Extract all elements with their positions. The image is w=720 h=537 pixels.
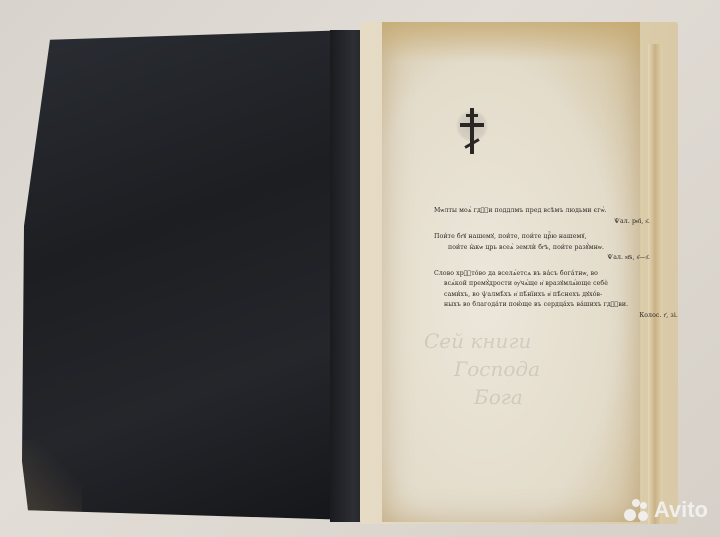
title-verso-page: Мѡлты моѧ̀ гдⷭ҇и поддлмъ пред всѣмъ людь…: [382, 22, 640, 522]
verse-line: Мѡлты моѧ̀ гдⷭ҇и поддлмъ пред всѣмъ людь…: [434, 206, 684, 217]
verse-line: Слово хрⷭ҇то́во да вселѧ́етсѧ въ ва́съ б…: [434, 269, 684, 280]
verse-line: сами́хъ, во ѱалмѣ́хъ и҆ пѣ́нїихъ и҆ пѣ́с…: [434, 290, 684, 301]
scripture-text: Мѡлты моѧ̀ гдⷭ҇и поддлмъ пред всѣмъ людь…: [434, 206, 684, 321]
black-book-cover: [22, 30, 352, 520]
handwriting-line: Сей книги: [424, 327, 624, 355]
handwriting-line: Господа: [424, 355, 624, 383]
avito-logo-icon: [624, 499, 650, 521]
water-stain: [382, 22, 640, 62]
verse-line: Пои́те бг҃ꙋ нашемꙋ, пои́те, пои́те црⷭ҇ю…: [434, 232, 684, 243]
verse-reference: Ѱал. м҃ѕ, ѕ҃—з҃.: [434, 253, 684, 264]
verse-line: пои́те ꙗ̀кѡ црь всеѧ̀ землѝ бг҃ъ, пои́те…: [434, 243, 684, 254]
verse-line: ныхъ во благода́ти пою́ще въ сердца́хъ в…: [434, 300, 684, 311]
avito-watermark: Avito: [624, 497, 708, 523]
verse-line: всѧ́кой премꙋ́дрости ᲂу҆чѧ́ще и҆ вразꙋмл…: [434, 279, 684, 290]
faded-handwriting: Сей книги Господа Бога: [424, 327, 624, 437]
verse-reference: Ѱал. рѳ҃і, ѕ҃.: [434, 217, 684, 228]
verse-reference: Колос. г҃, зі.: [434, 311, 684, 322]
watermark-text: Avito: [654, 497, 708, 523]
handwriting-line: Бога: [424, 383, 624, 411]
orthodox-cross-icon: [454, 104, 490, 160]
book-photo: Мѡлты моѧ̀ гдⷭ҇и поддлмъ пред всѣмъ людь…: [0, 0, 720, 537]
